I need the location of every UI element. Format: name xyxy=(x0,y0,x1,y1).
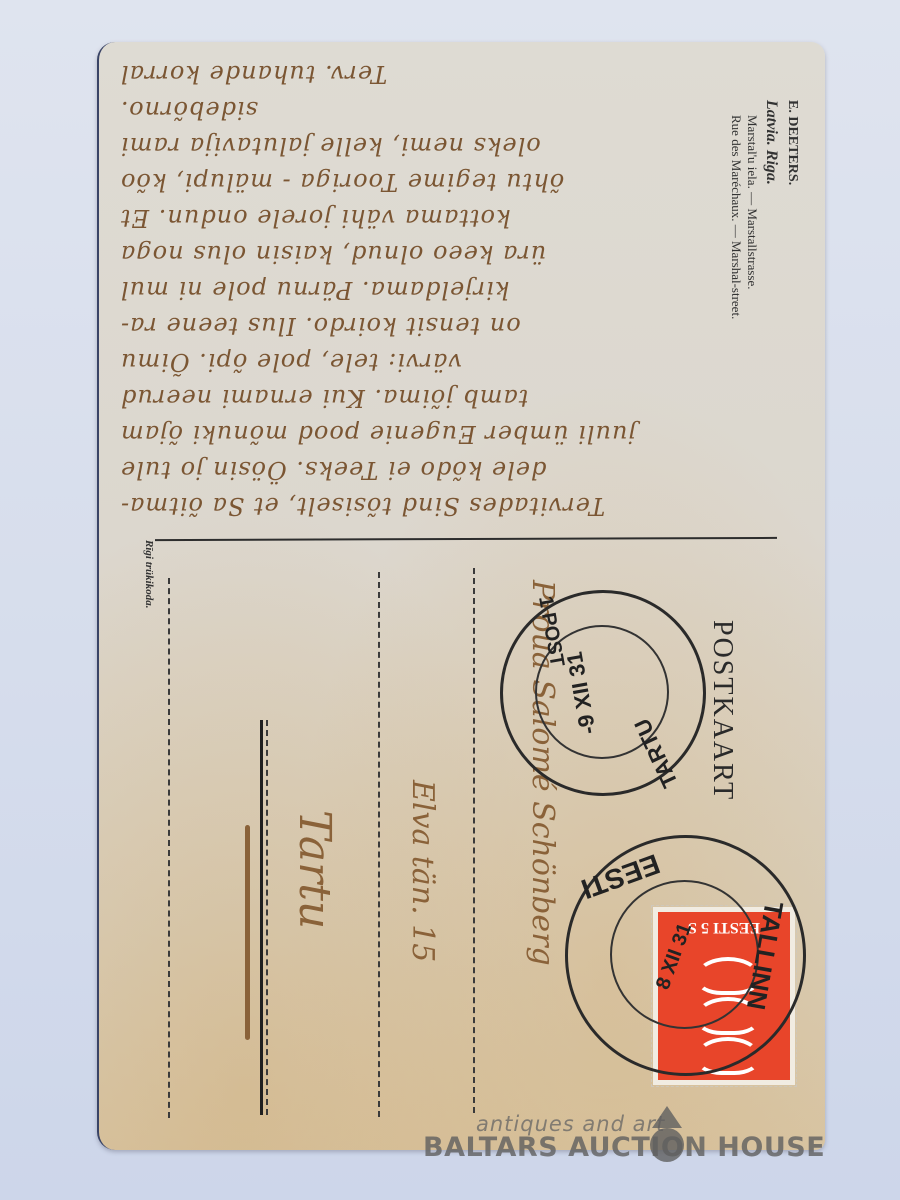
city-underline xyxy=(245,825,250,1040)
message-line: juuli ümber Eugenie pood mõnuki õjam xyxy=(120,420,636,448)
message-line: üra keeo olnud, kaisin olus noga xyxy=(120,240,546,268)
crown-logo-icon xyxy=(650,1106,684,1168)
address-street: Elva tän. 15 xyxy=(405,780,440,962)
street-caption-2: Rue des Maréchaux. — Marshal-street. xyxy=(728,115,744,319)
message-line: dele kõdo ei Teeks. Öösin jo tule xyxy=(120,456,546,484)
message-line: õhtu tegime Tooriga - mälupi, kõo xyxy=(120,168,564,196)
message-line: Terv. tuhande korral xyxy=(120,60,387,88)
message-line: tamb jõima. Kui ernami neerud xyxy=(120,384,528,412)
address-guide-line xyxy=(168,578,170,1118)
watermark-brand: BALTARS AUCTION HOUSE xyxy=(423,1132,825,1163)
address-guide-line xyxy=(473,568,475,1113)
printer-imprint: Rīgi trükikoda. xyxy=(143,540,155,608)
message-line: kottama vähi jorele ondun. Et xyxy=(120,204,511,232)
handwritten-message: Tervitades Sind tõsiselt, et Sa õitma-de… xyxy=(120,60,760,520)
message-line: Tervitades Sind tõsiselt, et Sa õitma- xyxy=(120,492,605,520)
address-guide-line xyxy=(378,572,380,1117)
message-line: oleks nemi, kelle jalutavija rami xyxy=(120,132,541,160)
message-line: kirjeldama. Pärnu pole ni mul xyxy=(120,276,509,304)
message-line: sidebõrno. xyxy=(120,96,258,124)
publisher-location: Latvia. Riga. xyxy=(762,100,780,185)
message-line: värvi: tele, pole õpi. Õimu xyxy=(120,348,462,376)
street-caption-1: Marstal'u iela. — Marstallstrasse. xyxy=(744,115,760,290)
address-solid-line xyxy=(260,720,263,1115)
address-city: Tartu xyxy=(289,810,340,929)
address-guide-line xyxy=(266,720,268,1115)
postkaart-heading: POSTKAART xyxy=(706,620,738,801)
publisher-name: E. DEETERS. xyxy=(784,100,800,185)
message-line: on tensit koirdo. Ilus teene ra- xyxy=(120,312,521,340)
